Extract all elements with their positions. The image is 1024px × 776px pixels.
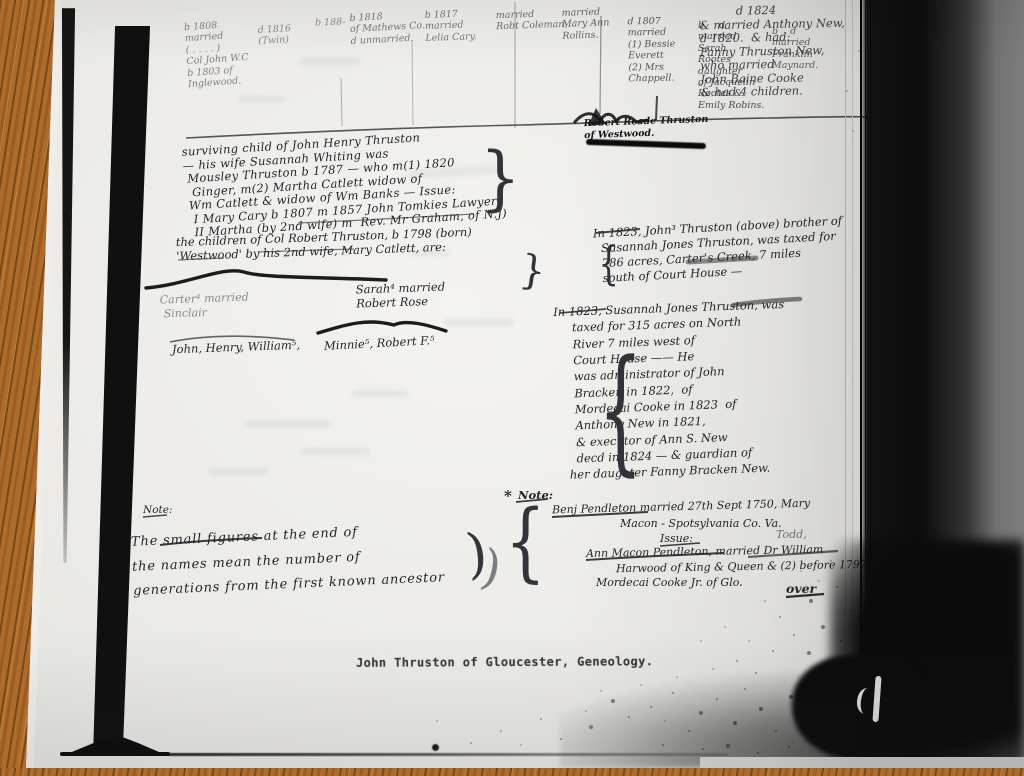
- figures-note-title: Note:: [143, 504, 172, 517]
- toner-speckles: [0, 0, 2, 2]
- pendleton-note-line: Macon - Spotsylvania Co. Va.: [620, 517, 782, 531]
- genealogy-entry: b 1808 married ( . . . . ) Col John W.C …: [184, 18, 251, 91]
- toner-bar-thin: [58, 8, 76, 563]
- bleed-through-smear: [300, 58, 360, 65]
- child-entry: Carter⁴ married Sinclair: [160, 290, 250, 321]
- brace-mark: {: [505, 492, 546, 592]
- bleed-through-smear: [300, 448, 370, 455]
- genealogy-entry: d 1816 (Twin): [257, 23, 291, 47]
- pendleton-note-line: Mordecai Cooke Jr. of Glo.: [596, 576, 743, 590]
- paper: b 1808 married ( . . . . ) Col John W.C …: [0, 0, 1024, 768]
- brace-mark: }: [480, 138, 521, 219]
- figures-note-body: The small figures at the end of the name…: [131, 517, 446, 605]
- toner-speckles: [0, 0, 2, 2]
- genealogy-entry: married Robt Coleman,: [496, 8, 568, 33]
- bleed-through-smear: [208, 468, 268, 475]
- bleed-through-smear: [444, 318, 514, 326]
- pendleton-note-line: Benj Pendleton married 27th Sept 1750, M…: [552, 497, 810, 518]
- genealogy-entry: b 1817 married Lelia Cary.: [424, 8, 476, 44]
- child-entry: Minnie⁵, Robert F.⁵: [324, 333, 435, 353]
- genealogy-entry: b 1818 of Mathews Co. d unmarried.: [349, 9, 426, 47]
- child-entry: Sarah⁴ married Robert Rose: [356, 279, 446, 311]
- child-entry: John, Henry, William⁵,: [172, 338, 300, 357]
- typed-caption: John Thruston of Gloucester, Geneology.: [356, 654, 653, 671]
- ink-dot: [432, 744, 439, 751]
- genealogy-entry: d 1807 married (1) Bessie Everett (2) Mr…: [627, 16, 676, 85]
- bleed-through-smear: [238, 96, 284, 102]
- bleed-through-smear: [246, 420, 330, 428]
- brace-mark: {: [598, 236, 618, 290]
- brace-mark: }: [517, 246, 549, 295]
- bleed-through-smear: [352, 390, 408, 397]
- brace-mark: {: [598, 330, 643, 489]
- pendleton-note-line: Todd,: [776, 528, 807, 542]
- photo-of-document: b 1808 married ( . . . . ) Col John W.C …: [0, 0, 1024, 768]
- paper-edge: [0, 0, 62, 768]
- toner-bar-thick: [88, 26, 154, 748]
- tax-note-john: In 1823, John³ Thruston (above) brother …: [593, 214, 845, 287]
- toner-baseline: [60, 752, 170, 756]
- pendleton-note-line: Issue:: [660, 532, 693, 546]
- tax-note-susannah: In 1823, Susannah Jones Thruston, was ta…: [553, 296, 790, 484]
- family-paragraph: surviving child of John Henry Thruston —…: [181, 126, 507, 240]
- over-label: over: [786, 581, 816, 597]
- bottom-white-strip: [700, 757, 1024, 768]
- heading-underline: [586, 139, 706, 149]
- genealogy-entry: b 188-: [315, 16, 346, 28]
- pendleton-note-line: Ann Macon Pendleton, married Dr William: [586, 543, 824, 561]
- genealogy-entry: married Mary Ann Rollins.: [561, 6, 610, 42]
- genealogy-entry-new-family: d 1824 & married Anthony New, d 1820. & …: [699, 3, 846, 100]
